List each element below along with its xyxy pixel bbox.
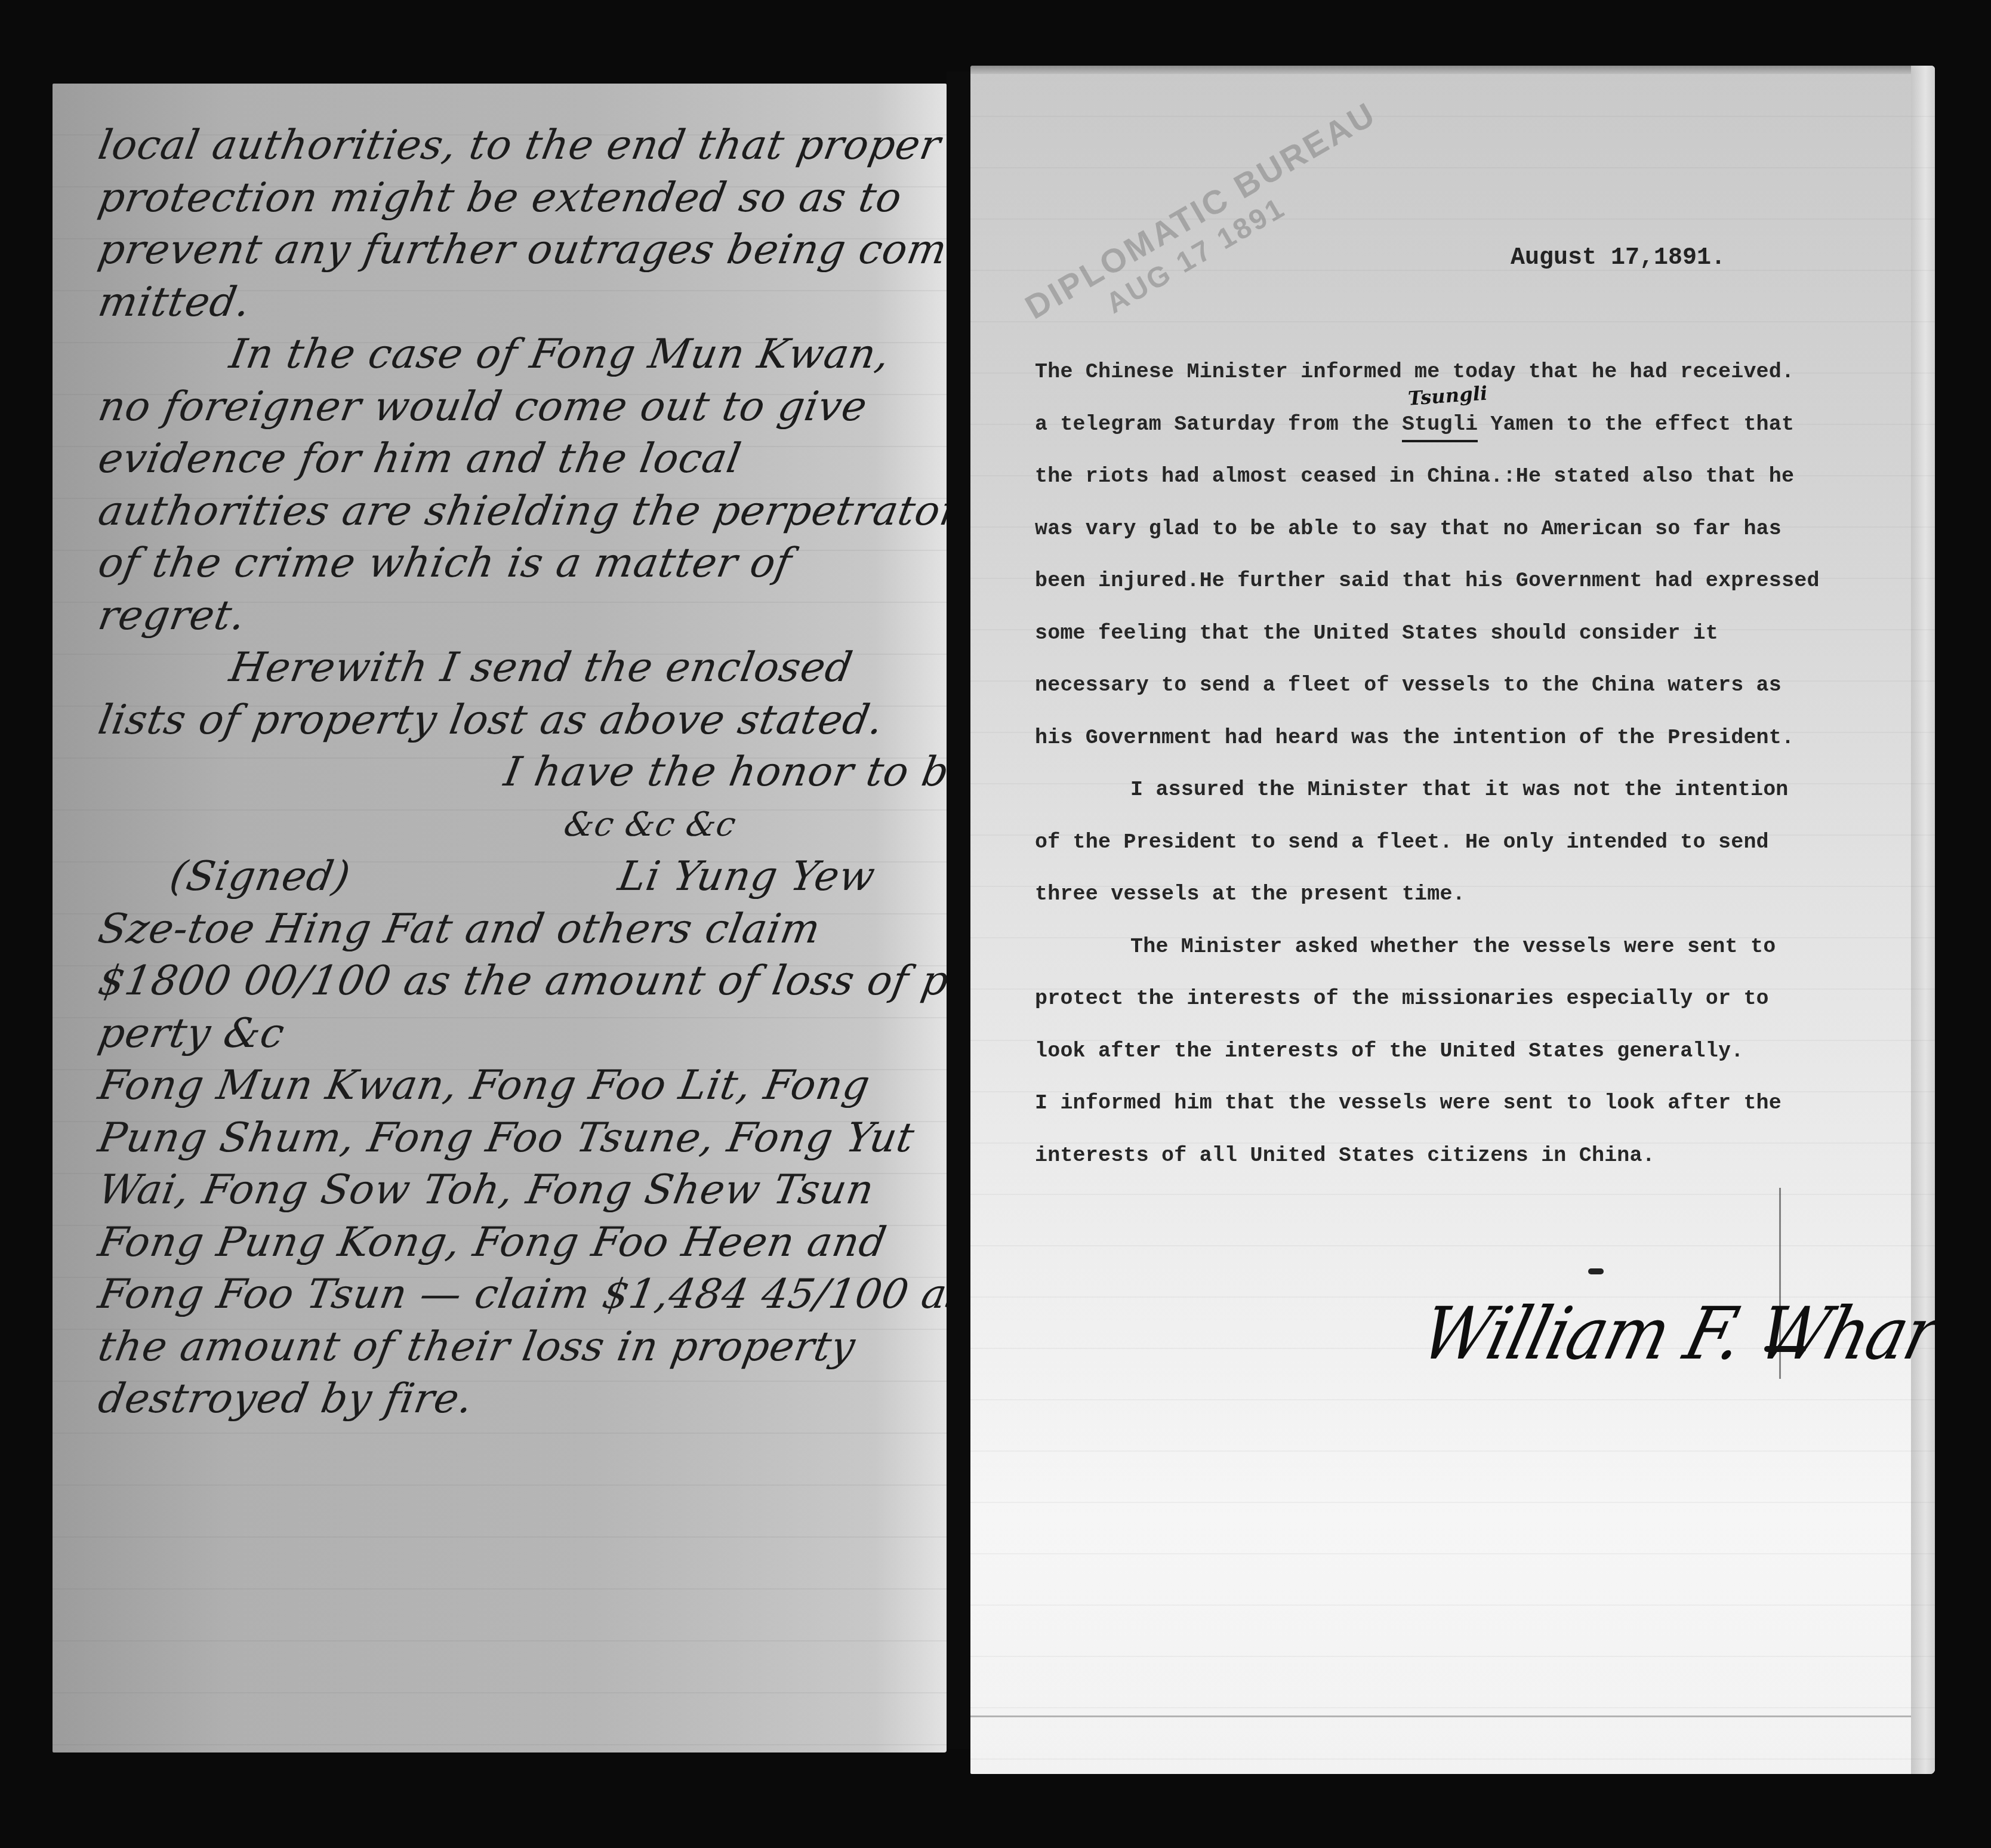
typed-line: was vary glad to be able to say that no … — [1035, 503, 1900, 556]
etcetera-line: &c &c &c — [94, 799, 903, 851]
typed-line: look after the interests of the United S… — [1035, 1025, 1900, 1078]
handwritten-line: Fong Mun Kwan, Fong Foo Lit, Fong — [94, 1059, 903, 1112]
typed-segment: a telegram Saturday from the — [1035, 412, 1402, 436]
typed-line: of the President to send a fleet. He onl… — [1035, 817, 1900, 869]
typed-line: some feeling that the United States shou… — [1035, 608, 1900, 660]
typewritten-memo-page: DIPLOMATIC BUREAU AUG 17 1891 August 17,… — [970, 66, 1935, 1774]
typed-line: I informed him that the vessels were sen… — [1035, 1077, 1900, 1130]
handwritten-line: Fong Foo Tsun — claim $1,484 45/100 as — [94, 1268, 903, 1321]
signature-row: (Signed) Li Yung Yew — [94, 851, 903, 903]
typed-line: I assured the Minister that it was not t… — [1035, 764, 1900, 817]
typed-line: his Government had heard was the intenti… — [1035, 712, 1900, 765]
handwritten-line: protection might be extended so as to — [94, 172, 903, 224]
signer-name: Li Yung Yew — [614, 851, 879, 903]
handwritten-letter-page: local authorities, to the end that prope… — [53, 84, 947, 1752]
handwritten-line: mitted. — [94, 276, 903, 329]
handwritten-line: evidence for him and the local — [94, 433, 903, 485]
typed-line: protect the interests of the missionarie… — [1035, 973, 1900, 1025]
handwritten-line: perty &c — [94, 1008, 903, 1060]
signed-label: (Signed) — [166, 851, 355, 903]
typed-line-with-correction: a telegram Saturday from the TsungliStug… — [1035, 399, 1900, 451]
microfilm-frame: local authorities, to the end that prope… — [0, 0, 1991, 1848]
typed-line: The Minister asked whether the vessels w… — [1035, 921, 1900, 974]
typed-line: interests of all United States citizens … — [1035, 1130, 1900, 1182]
handwritten-line: prevent any further outrages being com- — [94, 224, 903, 276]
typed-line: the riots had almost ceased in China.:He… — [1035, 451, 1900, 503]
book-gutter — [947, 72, 970, 1749]
handwritten-line: $1800 00/100 as the amount of loss of pr… — [94, 955, 903, 1008]
typed-segment: Yamen to the effect that — [1478, 412, 1794, 436]
handwritten-line: the amount of their loss in property — [94, 1321, 903, 1373]
ink-mark — [1588, 1268, 1604, 1274]
typed-line: necessary to send a fleet of vessels to … — [1035, 660, 1900, 712]
memo-date: August 17,1891. — [1511, 245, 1725, 272]
handwritten-line: Fong Pung Kong, Fong Foo Heen and — [94, 1216, 903, 1269]
handwritten-line: In the case of Fong Mun Kwan, — [94, 328, 903, 381]
handwritten-line: no foreigner would come out to give — [94, 381, 903, 433]
handwritten-line: Sze-toe Hing Fat and others claim — [94, 903, 903, 956]
handwritten-line: destroyed by fire. — [94, 1373, 903, 1425]
handwritten-line: Pung Shum, Fong Foo Tsune, Fong Yut — [94, 1112, 903, 1165]
handwritten-line: authorities are shielding the perpetrato… — [94, 485, 903, 538]
closing-line: I have the honor to be — [94, 746, 903, 799]
signature-flourish — [1764, 1346, 1806, 1352]
correction-underline — [1402, 440, 1478, 442]
page-fold-line — [970, 1715, 1911, 1717]
handwritten-line: regret. — [94, 590, 903, 642]
handwritten-line: Herewith I send the enclosed — [94, 642, 903, 694]
typed-line: been injured.He further said that his Go… — [1035, 555, 1900, 608]
handwritten-text-block: local authorities, to the end that prope… — [94, 119, 894, 1425]
typed-text-block: The Chinese Minister informed me today t… — [1035, 346, 1900, 1182]
typed-line: three vessels at the present time. — [1035, 868, 1900, 921]
handwritten-signature: William F. Wharton — [1413, 1292, 1935, 1376]
handwritten-line: Wai, Fong Sow Toh, Fong Shew Tsun — [94, 1164, 903, 1216]
handwritten-line: of the crime which is a matter of — [94, 537, 903, 590]
corrected-word: TsungliStugli — [1402, 399, 1478, 451]
handwritten-line: lists of property lost as above stated. — [94, 694, 903, 747]
handwritten-insertion: Tsungli — [1406, 367, 1489, 425]
handwritten-line: local authorities, to the end that prope… — [94, 119, 903, 172]
